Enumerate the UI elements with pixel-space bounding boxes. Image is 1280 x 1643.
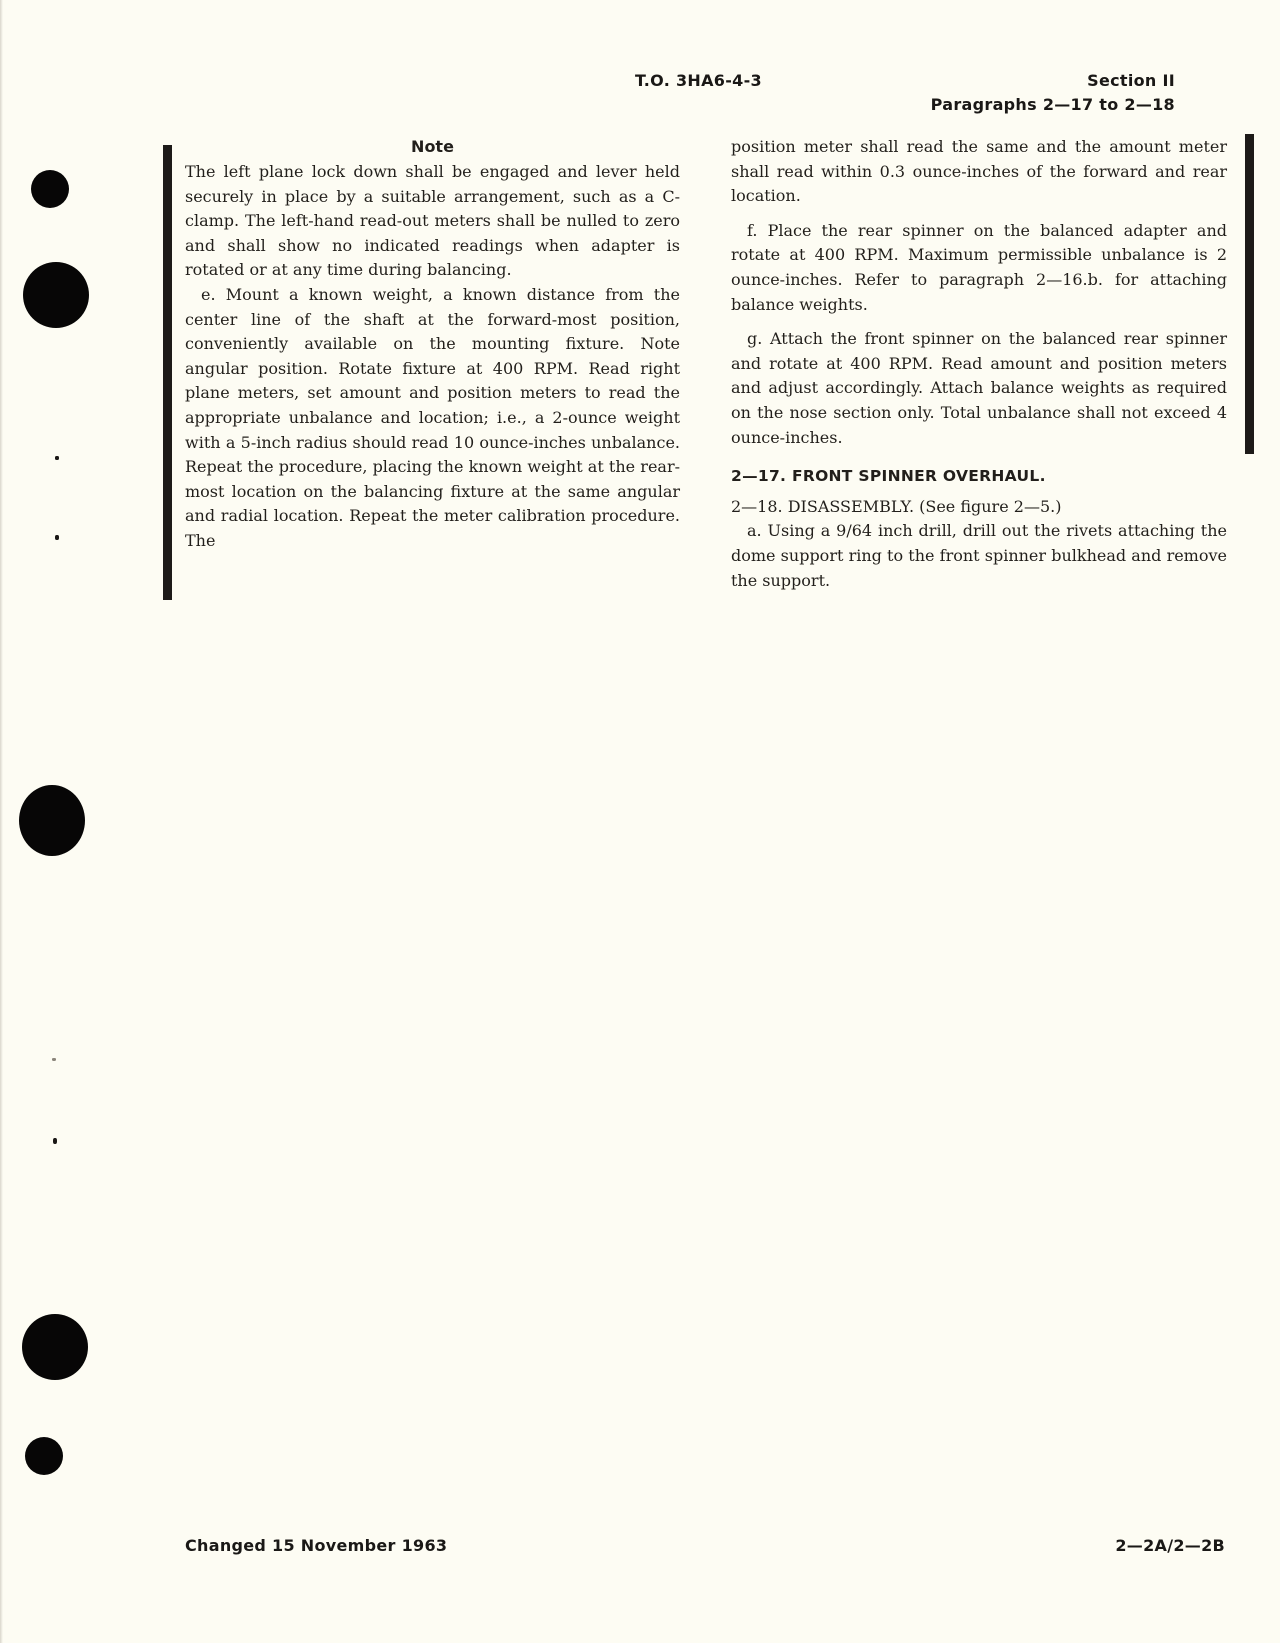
doc-number: T.O. 3HA6-4-3	[635, 71, 762, 90]
step-e-continued: position meter shall read the same and t…	[731, 135, 1227, 209]
margin-speck	[52, 1058, 56, 1061]
section-heading: 2—17. FRONT SPINNER OVERHAUL.	[731, 464, 1227, 489]
step-a: a. Using a 9/64 inch drill, drill out th…	[731, 519, 1227, 593]
note-block: Note The left plane lock down shall be e…	[185, 136, 680, 283]
step-g: g. Attach the front spinner on the balan…	[731, 327, 1227, 450]
change-bar-right	[1245, 134, 1254, 454]
section-label: Section II	[1087, 71, 1175, 90]
change-bar-left	[163, 145, 172, 600]
punch-hole-3	[19, 785, 85, 856]
subsection-heading: 2—18. DISASSEMBLY. (See figure 2—5.)	[731, 495, 1227, 520]
punch-hole-2	[23, 262, 89, 328]
page-edge-shadow	[0, 0, 3, 1643]
paragraphs-range: Paragraphs 2—17 to 2—18	[931, 95, 1175, 114]
note-body: The left plane lock down shall be engage…	[185, 160, 680, 283]
left-column: Note The left plane lock down shall be e…	[185, 136, 680, 554]
margin-speck	[55, 456, 59, 460]
right-column: position meter shall read the same and t…	[731, 135, 1227, 593]
punch-hole-4	[22, 1314, 88, 1380]
step-f: f. Place the rear spinner on the balance…	[731, 219, 1227, 317]
step-e: e. Mount a known weight, a known distanc…	[185, 283, 680, 554]
note-title: Note	[185, 136, 680, 158]
margin-speck	[53, 1138, 57, 1144]
page-number: 2—2A/2—2B	[1115, 1536, 1225, 1555]
punch-hole-1	[31, 170, 69, 208]
punch-hole-5	[25, 1437, 63, 1475]
margin-speck	[55, 535, 59, 540]
change-date: Changed 15 November 1963	[185, 1536, 447, 1555]
